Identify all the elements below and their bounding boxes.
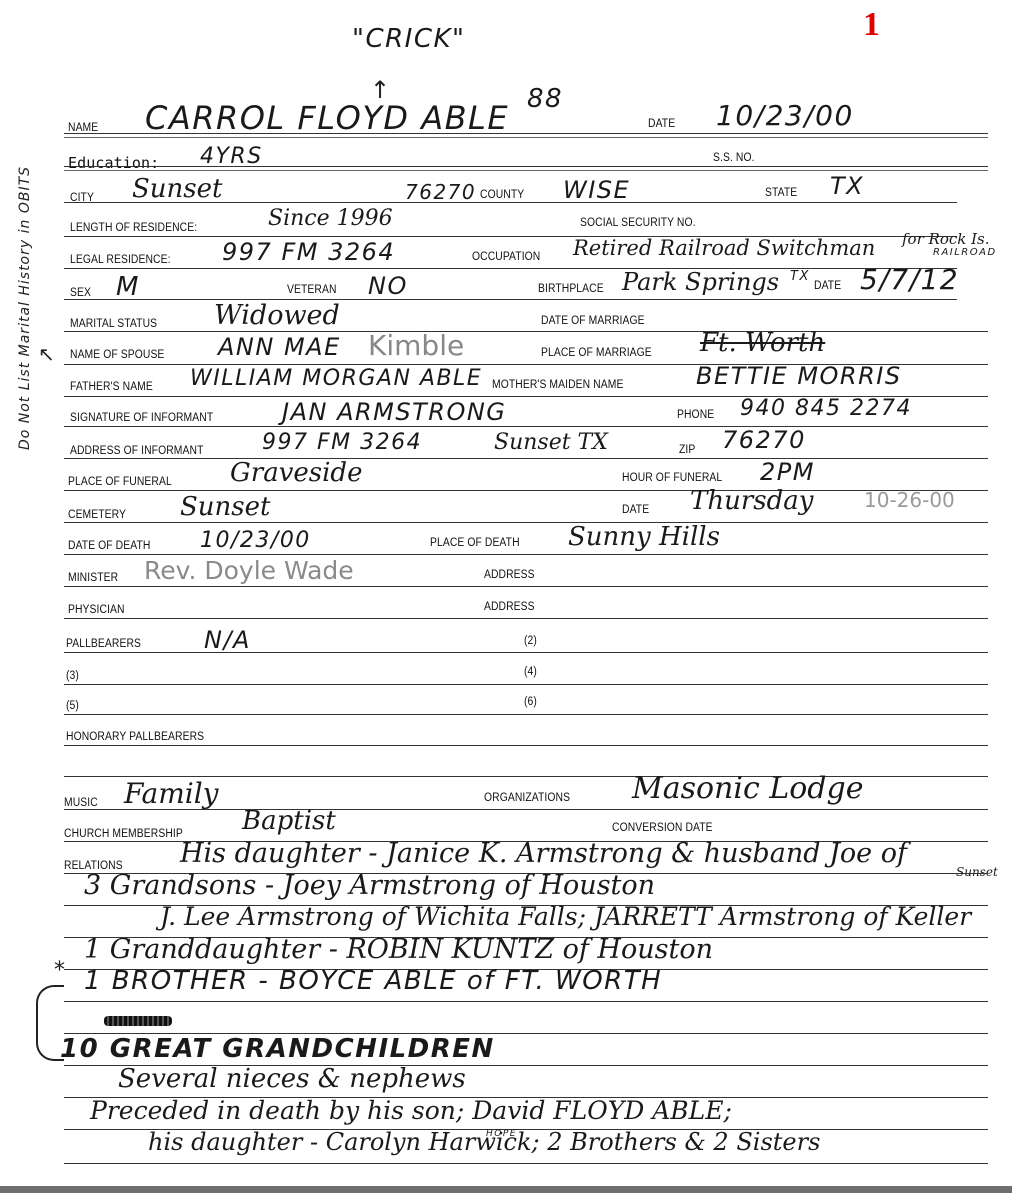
pallbearer-slot-4: (4) xyxy=(524,666,537,678)
pallbearer-slot-2: (2) xyxy=(524,635,537,647)
minister-value: Rev. Doyle Wade xyxy=(144,558,354,583)
place-of-marriage-value: Ft. Worth xyxy=(700,330,825,356)
zip-value: 76270 xyxy=(722,428,806,452)
relations-line-1: His daughter - Janice K. Armstrong & hus… xyxy=(180,840,907,867)
funeral-line xyxy=(64,490,988,491)
birthplace-state: TX xyxy=(790,270,810,283)
education-line xyxy=(64,166,988,167)
page-number: 1 xyxy=(863,6,880,44)
county-label: COUNTY xyxy=(480,189,524,201)
margin-arrow-icon: ↖ xyxy=(38,342,55,366)
organizations-label: ORGANIZATIONS xyxy=(484,792,570,804)
sex-value: M xyxy=(116,274,140,300)
funeral-date-value2: 10-26-00 xyxy=(864,490,955,510)
pallbearers-value: N/A xyxy=(204,628,251,652)
ss-no-label: S.S. NO. xyxy=(713,152,755,164)
cemetery-value: Sunset xyxy=(180,494,270,520)
music-label: MUSIC xyxy=(64,797,98,809)
relations-line-4: 1 Granddaughter - ROBIN KUNTZ of Houston xyxy=(84,936,713,963)
honorary-line xyxy=(64,745,988,746)
veteran-label: VETERAN xyxy=(287,284,337,296)
city-line xyxy=(64,202,957,203)
relations-line-10: his daughter - Carolyn Harwick; 2 Brothe… xyxy=(148,1130,820,1154)
relations-line-8: Several nieces & nephews xyxy=(118,1066,466,1092)
nickname: "CRICK" xyxy=(352,26,466,52)
death-line xyxy=(64,554,988,555)
spouse-value: ANN MAE xyxy=(218,335,341,359)
church-membership-value: Baptist xyxy=(242,808,336,834)
relations-line-3: J. Lee Armstrong of Wichita Falls; JARRE… xyxy=(160,904,971,929)
page-bottom-edge xyxy=(0,1186,1012,1193)
zip-label: ZIP xyxy=(679,444,695,456)
funeral-date-value: Thursday xyxy=(690,488,813,514)
state-label: STATE xyxy=(765,187,797,199)
marital-status-value: Widowed xyxy=(214,302,340,329)
birth-date-label: DATE xyxy=(814,280,841,292)
informant-address-line xyxy=(64,458,988,459)
date-of-death-value: 10/23/00 xyxy=(200,530,311,552)
sex-line xyxy=(64,299,957,300)
relations-rule-5 xyxy=(64,1001,988,1002)
relations-rule-10 xyxy=(64,1163,988,1164)
hour-of-funeral-value: 2PM xyxy=(760,460,815,484)
physician-address-label: ADDRESS xyxy=(484,601,535,613)
legal-residence-label: LEGAL RESIDENCE: xyxy=(70,254,171,266)
education-value: 4YRS xyxy=(200,146,263,168)
occupation-label: OCCUPATION xyxy=(472,251,540,263)
physician-label: PHYSICIAN xyxy=(68,604,125,616)
state-value: TX xyxy=(830,174,864,198)
birthplace-value: Park Springs xyxy=(622,270,779,294)
pallbearer-slot-5: (5) xyxy=(66,700,79,712)
marital-line xyxy=(64,331,988,332)
legal-residence-value: 997 FM 3264 xyxy=(222,240,395,264)
length-of-residence-value: Since 1996 xyxy=(268,208,393,230)
church-membership-label: CHURCH MEMBERSHIP xyxy=(64,828,183,840)
date-of-marriage-label: DATE OF MARRIAGE xyxy=(541,315,645,327)
signature-of-informant-value: JAN ARMSTRONG xyxy=(282,400,506,424)
spouse-value-maiden: Kimble xyxy=(368,332,464,360)
organizations-value: Masonic Lodge xyxy=(632,774,863,804)
pallbearer-slot-6: (6) xyxy=(524,696,537,708)
pallbearers-line-2 xyxy=(64,684,988,685)
city-value: Sunset xyxy=(132,176,222,202)
occupation-value-cont: for Rock Is. xyxy=(902,232,990,247)
minister-label: MINISTER xyxy=(68,572,118,584)
phone-label: PHONE xyxy=(677,409,714,421)
phone-value: 940 845 2274 xyxy=(740,398,912,420)
name-line xyxy=(64,133,988,134)
veteran-value: NO xyxy=(368,274,408,298)
pallbearers-label: PALLBEARERS xyxy=(66,638,141,650)
physician-line xyxy=(64,618,988,619)
social-security-label: SOCIAL SECURITY NO. xyxy=(580,217,696,229)
name-of-spouse-label: NAME OF SPOUSE xyxy=(70,349,164,361)
relations-line-5: 1 BROTHER - BOYCE ABLE of FT. WORTH xyxy=(84,968,662,994)
place-of-marriage-label: PLACE OF MARRIAGE xyxy=(541,347,652,359)
relations-asterisk: * xyxy=(54,960,67,982)
city-zip-value: 76270 xyxy=(405,182,476,202)
minister-address-label: ADDRESS xyxy=(484,569,535,581)
music-line xyxy=(64,809,988,810)
mothers-maiden-name-value: BETTIE MORRIS xyxy=(696,364,902,388)
address-of-informant-value: 997 FM 3264 xyxy=(262,432,422,454)
relations-line-1-note: Sunset xyxy=(956,866,998,878)
age-value: 88 xyxy=(527,86,563,112)
place-of-funeral-value: Graveside xyxy=(230,460,362,486)
cemetery-label: CEMETERY xyxy=(68,509,126,521)
marital-status-label: MARITAL STATUS xyxy=(70,318,157,330)
name-value: CARROL FLOYD ABLE xyxy=(145,102,509,134)
place-of-death-value: Sunny Hills xyxy=(568,524,720,550)
pallbearer-slot-3: (3) xyxy=(66,670,79,682)
date-value: 10/23/00 xyxy=(716,102,854,130)
hour-of-funeral-label: HOUR OF FUNERAL xyxy=(622,472,722,484)
minister-line xyxy=(64,586,988,587)
funeral-date-label: DATE xyxy=(622,504,649,516)
fathers-name-value: WILLIAM MORGAN ABLE xyxy=(190,368,482,390)
relations-line-2: 3 Grandsons - Joey Armstrong of Houston xyxy=(84,872,655,899)
relations-line-7: 10 GREAT GRANDCHILDREN xyxy=(60,1036,495,1062)
conversion-date-label: CONVERSION DATE xyxy=(612,822,713,834)
scribble-mark xyxy=(104,1016,172,1026)
relations-line-9: Preceded in death by his son; David FLOY… xyxy=(90,1098,732,1123)
birth-date-value: 5/7/12 xyxy=(860,266,959,294)
sex-label: SEX xyxy=(70,287,91,299)
length-of-residence-label: LENGTH OF RESIDENCE: xyxy=(70,222,197,234)
fathers-name-label: FATHER'S NAME xyxy=(70,381,153,393)
mothers-maiden-name-label: MOTHER'S MAIDEN NAME xyxy=(492,379,623,391)
obituary-form-page: 1 Do Not List Marital History in OBITS ↖… xyxy=(0,0,1012,1186)
occupation-value-cont2: RAILROAD xyxy=(933,248,997,258)
address-of-informant-city: Sunset TX xyxy=(494,432,608,454)
informant-line xyxy=(64,426,988,427)
date-label: DATE xyxy=(648,118,675,130)
honorary-pallbearers-label: HONORARY PALLBEARERS xyxy=(66,731,204,743)
place-of-funeral-label: PLACE OF FUNERAL xyxy=(68,476,172,488)
cemetery-line xyxy=(64,522,988,523)
margin-note: Do Not List Marital History in OBITS xyxy=(17,113,33,503)
address-of-informant-label: ADDRESS OF INFORMANT xyxy=(70,445,203,457)
legal-residence-line xyxy=(64,268,957,269)
date-of-death-label: DATE OF DEATH xyxy=(68,540,150,552)
occupation-value: Retired Railroad Switchman xyxy=(573,238,875,259)
pallbearers-line-3 xyxy=(64,714,988,715)
signature-of-informant-label: SIGNATURE OF INFORMANT xyxy=(70,412,213,424)
county-value: WISE xyxy=(563,178,630,202)
birthplace-label: BIRTHPLACE xyxy=(538,283,604,295)
pallbearers-line xyxy=(64,652,988,653)
music-value: Family xyxy=(124,780,219,808)
place-of-death-label: PLACE OF DEATH xyxy=(430,537,520,549)
